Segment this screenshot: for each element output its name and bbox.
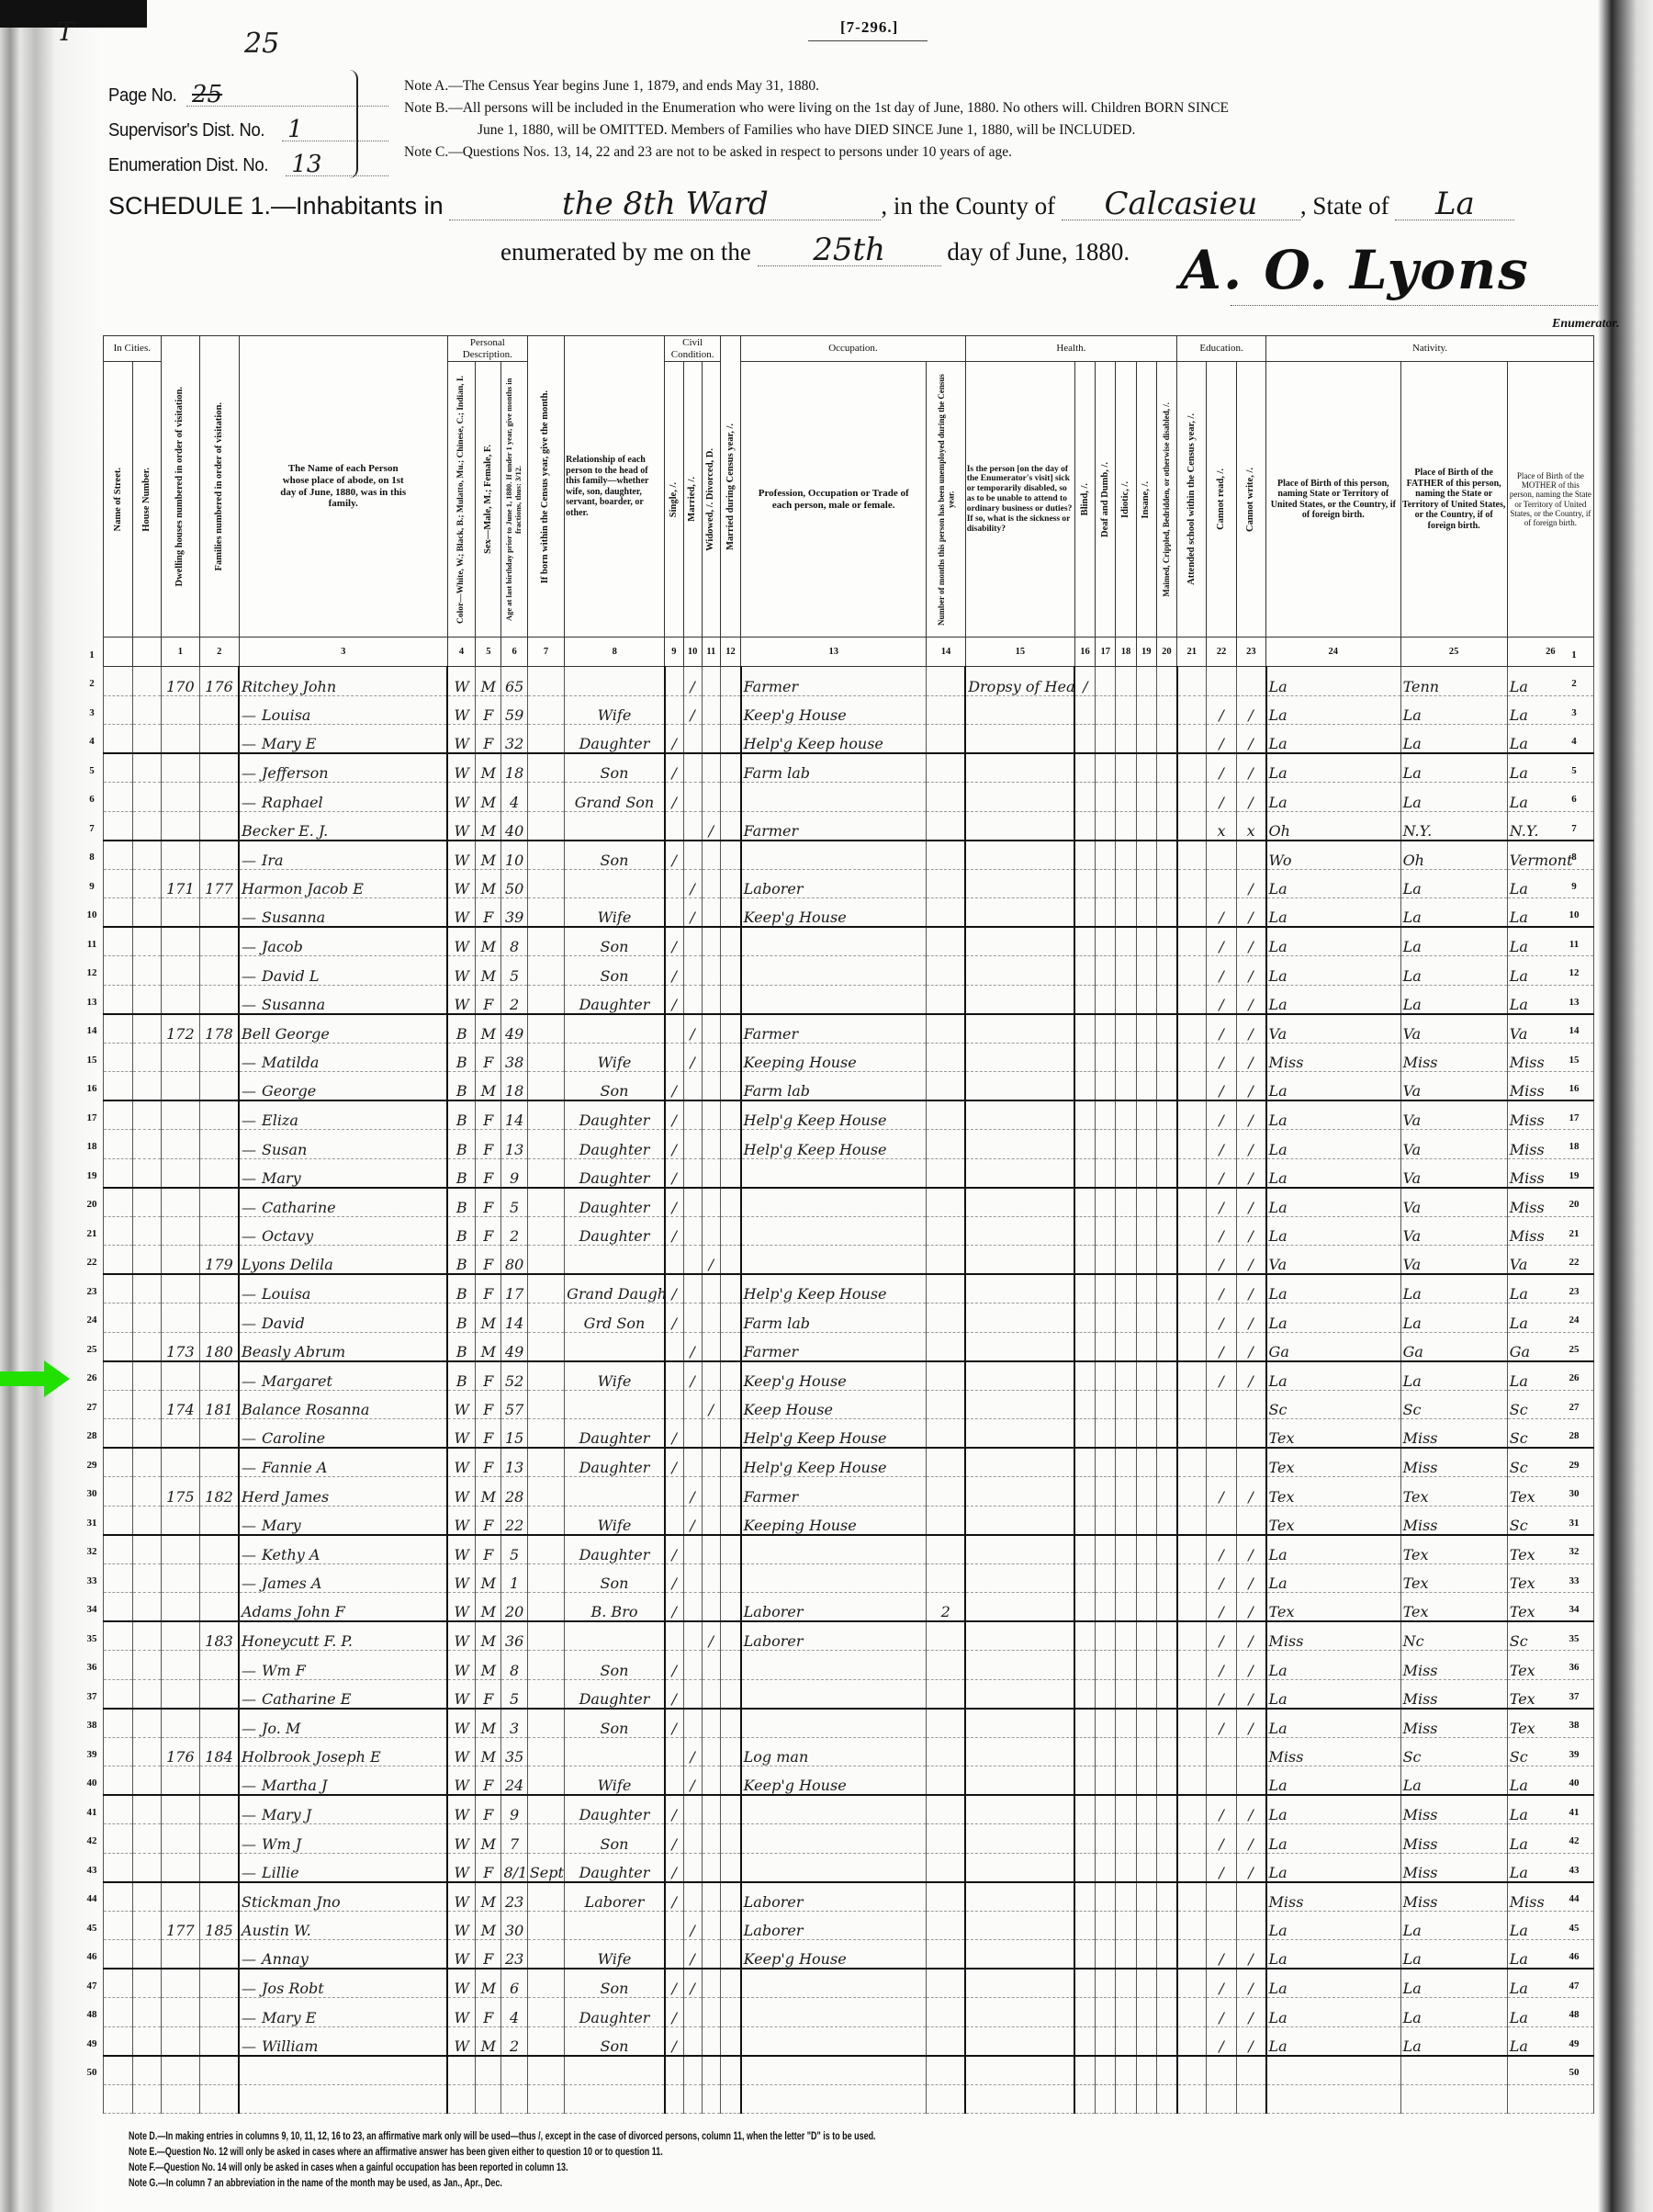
age-cell: 7 <box>501 1824 527 1854</box>
col-17-header: Deaf and Dumb, /. <box>1096 362 1116 638</box>
single-cell: / <box>665 1100 683 1130</box>
street-cell <box>104 841 133 870</box>
occupation-cell <box>741 2056 927 2085</box>
single-cell <box>665 1246 683 1275</box>
col-24-header: Place of Birth of this person, naming St… <box>1266 362 1401 638</box>
blind-cell <box>1074 1448 1095 1477</box>
insane-cell <box>1136 2084 1156 2114</box>
married-cell <box>683 1188 702 1217</box>
row-number-left: 43 <box>81 1856 103 1885</box>
ditto-dash: — <box>242 1690 256 1708</box>
widowed-cell <box>702 1824 720 1854</box>
sex-cell: F <box>476 1998 501 2027</box>
color-cell: W <box>447 1679 475 1709</box>
table-row: 179Lyons DelilaBF80///VaVaVa <box>104 1246 1594 1275</box>
street-cell <box>104 1303 133 1333</box>
row-number-left: 13 <box>81 987 103 1017</box>
birth-month-cell <box>527 1158 564 1188</box>
maimed-cell <box>1156 753 1176 783</box>
row-number-right: 17 <box>1563 1103 1585 1133</box>
single-cell: / <box>665 1072 683 1101</box>
occupation-cell: Laborer <box>741 1621 927 1651</box>
sickness-cell <box>965 811 1074 841</box>
person-name-cell: —Jos Robt <box>239 1969 447 1998</box>
birth-month-cell <box>527 1651 564 1680</box>
dwelling-number-cell: 171 <box>161 869 199 898</box>
married-cell <box>683 1998 702 2027</box>
attended-school-cell <box>1177 1014 1207 1044</box>
sickness-cell <box>965 1477 1074 1507</box>
blind-cell <box>1074 1014 1095 1044</box>
family-number-cell <box>200 1940 239 1969</box>
occupation-cell <box>741 1216 927 1246</box>
col-5-header: Sex—Male, M.; Female, F. <box>476 362 501 638</box>
birth-month-cell <box>527 1130 564 1159</box>
deaf-dumb-cell <box>1096 1535 1116 1564</box>
row-number-right: 31 <box>1563 1508 1585 1538</box>
birth-month-cell <box>527 1535 564 1564</box>
insane-cell <box>1136 753 1156 783</box>
deaf-dumb-cell <box>1096 898 1116 928</box>
row-number-left: 45 <box>81 1913 103 1943</box>
married-census-year-cell <box>720 1188 740 1217</box>
deaf-dumb-cell <box>1096 811 1116 841</box>
married-cell <box>683 1795 702 1824</box>
family-number-cell <box>200 1043 239 1072</box>
idiotic-cell <box>1116 1188 1136 1217</box>
table-row: —Mary EWF4Daughter///LaLaLa <box>104 1998 1594 2027</box>
census-table: In Cities. Dwelling houses numbered in o… <box>103 335 1594 2114</box>
family-number-cell <box>200 1709 239 1738</box>
color-cell <box>447 2084 475 2114</box>
sex-cell: M <box>476 1621 501 1651</box>
attended-school-cell <box>1177 725 1207 754</box>
col-number: 13 <box>741 638 927 667</box>
blind-cell <box>1074 1911 1095 1940</box>
row-number-right: 49 <box>1563 2029 1585 2059</box>
blind-cell <box>1074 753 1095 783</box>
attended-school-cell <box>1177 1651 1207 1680</box>
house-cell <box>133 1274 161 1303</box>
cannot-write-cell: / <box>1236 869 1265 898</box>
widowed-cell <box>702 695 720 725</box>
maimed-cell <box>1156 725 1176 754</box>
dwelling-number-cell <box>161 1593 199 1622</box>
blind-cell <box>1074 1072 1095 1101</box>
insane-cell <box>1136 1216 1156 1246</box>
birth-month-cell <box>527 869 564 898</box>
sex-cell: F <box>476 1390 501 1419</box>
attended-school-cell <box>1177 783 1207 812</box>
ditto-dash: — <box>242 938 256 955</box>
row-number-left: 32 <box>81 1538 103 1567</box>
cannot-read-cell: / <box>1207 1361 1236 1391</box>
dwelling-number-cell <box>161 1448 199 1477</box>
cannot-read-cell: / <box>1207 1679 1236 1709</box>
ditto-dash: — <box>242 1980 256 1997</box>
deaf-dumb-cell <box>1096 783 1116 812</box>
deaf-dumb-cell <box>1096 1709 1116 1738</box>
father-birthplace-cell: La <box>1400 1766 1507 1796</box>
person-name-cell: —Jefferson <box>239 753 447 783</box>
married-cell <box>683 841 702 870</box>
married-cell: / <box>683 1911 702 1940</box>
sickness-cell <box>965 1130 1074 1159</box>
row-number-right: 5 <box>1563 756 1585 785</box>
house-cell <box>133 783 161 812</box>
father-birthplace-cell: Tex <box>1400 1593 1507 1622</box>
occupation-cell <box>741 1563 927 1593</box>
relationship-cell: Wife <box>565 1940 665 1969</box>
person-name-cell: Stickman Jno <box>239 1882 447 1912</box>
form-number-rule <box>808 40 928 41</box>
age-cell: 17 <box>501 1274 527 1303</box>
person-name-cell: —Octavy <box>239 1216 447 1246</box>
group-header-row: In Cities. Dwelling houses numbered in o… <box>104 336 1594 362</box>
married-cell <box>683 1419 702 1449</box>
color-cell: B <box>447 1216 475 1246</box>
col-number: 16 <box>1074 638 1095 667</box>
birthplace-cell: La <box>1266 753 1401 783</box>
col-number: 15 <box>965 638 1074 667</box>
single-cell <box>665 1477 683 1507</box>
birthplace-cell: Miss <box>1266 1737 1401 1766</box>
blind-cell <box>1074 1709 1095 1738</box>
col-number: 10 <box>683 638 702 667</box>
deaf-dumb-cell <box>1096 1448 1116 1477</box>
birthplace-cell: Ga <box>1266 1332 1401 1361</box>
married-census-year-cell <box>720 1737 740 1766</box>
relationship-cell: Daughter <box>565 1130 665 1159</box>
attended-school-cell <box>1177 1332 1207 1361</box>
note-d: Note D.—In making entries in columns 9, … <box>129 2129 876 2145</box>
person-name-cell: Beasly Abrum <box>239 1332 447 1361</box>
attended-school-cell <box>1177 1969 1207 1998</box>
family-number-cell <box>200 1563 239 1593</box>
cannot-write-cell: / <box>1236 1014 1265 1044</box>
sex-cell: M <box>476 1709 501 1738</box>
insane-cell <box>1136 1361 1156 1391</box>
cannot-read-cell <box>1207 1882 1236 1912</box>
father-birthplace-cell: Va <box>1400 1246 1507 1275</box>
birth-month-cell <box>527 1679 564 1709</box>
maimed-cell <box>1156 1563 1176 1593</box>
enumerator-label: Enumerator. <box>1552 317 1620 332</box>
col-number: 14 <box>927 638 965 667</box>
cannot-read-cell: / <box>1207 725 1236 754</box>
idiotic-cell <box>1116 898 1136 928</box>
table-row: —Jos RobtWM6Son////LaLaLa <box>104 1969 1594 1998</box>
single-cell: / <box>665 985 683 1014</box>
married-census-year-cell <box>720 1911 740 1940</box>
row-number-right: 12 <box>1563 959 1585 988</box>
table-row: —MaryWF22Wife/Keeping HouseTexMissSc <box>104 1506 1594 1535</box>
married-cell <box>683 2084 702 2114</box>
birthplace-cell: La <box>1266 1795 1401 1824</box>
col-13-header: Profession, Occupation or Trade of each … <box>741 362 927 638</box>
married-census-year-cell <box>720 1824 740 1854</box>
birth-month-cell <box>527 1737 564 1766</box>
family-number-cell <box>200 2056 239 2085</box>
idiotic-cell <box>1116 2084 1136 2114</box>
father-birthplace-cell: Va <box>1400 1072 1507 1101</box>
maimed-cell <box>1156 841 1176 870</box>
street-cell <box>104 1709 133 1738</box>
maimed-cell <box>1156 1853 1176 1882</box>
row-number-left: 42 <box>81 1827 103 1856</box>
occupation-cell: Keep House <box>741 1390 927 1419</box>
birthplace-cell: Miss <box>1266 1043 1401 1072</box>
occupation-cell: Laborer <box>741 1911 927 1940</box>
cannot-read-cell: x <box>1207 811 1236 841</box>
widowed-cell <box>702 1940 720 1969</box>
cannot-write-cell: / <box>1236 1853 1265 1882</box>
cannot-read-cell: / <box>1207 985 1236 1014</box>
single-cell: / <box>665 927 683 956</box>
cannot-write-cell: / <box>1236 927 1265 956</box>
sex-cell: F <box>476 1419 501 1449</box>
idiotic-cell <box>1116 927 1136 956</box>
occupation-cell: Help'g Keep House <box>741 1419 927 1449</box>
attended-school-cell <box>1177 1216 1207 1246</box>
married-cell <box>683 1100 702 1130</box>
sickness-cell <box>965 1303 1074 1333</box>
family-number-cell <box>200 695 239 725</box>
table-row: —OctavyBF2Daughter///LaVaMiss <box>104 1216 1594 1246</box>
row-number-left: 3 <box>81 698 103 728</box>
person-name-cell: Adams John F <box>239 1593 447 1622</box>
single-cell: / <box>665 1188 683 1217</box>
idiotic-cell <box>1116 1969 1136 1998</box>
table-row: —ElizaBF14Daughter/Help'g Keep House//La… <box>104 1100 1594 1130</box>
attended-school-cell <box>1177 898 1207 928</box>
birth-month-cell <box>527 1303 564 1333</box>
street-cell <box>104 985 133 1014</box>
birth-month-cell <box>527 985 564 1014</box>
row-number-left: 47 <box>81 1971 103 2001</box>
person-name: George <box>262 1082 316 1100</box>
single-cell <box>665 898 683 928</box>
person-name-cell: —Jacob <box>239 927 447 956</box>
maimed-cell <box>1156 783 1176 812</box>
cannot-read-cell <box>1207 841 1236 870</box>
occupation-cell: Keep'g House <box>741 1940 927 1969</box>
dwelling-number-cell: 175 <box>161 1477 199 1507</box>
attended-school-cell <box>1177 1853 1207 1882</box>
birthplace-cell: La <box>1266 1651 1401 1680</box>
attended-school-cell <box>1177 1448 1207 1477</box>
dwelling-number-cell <box>161 1419 199 1449</box>
maimed-cell <box>1156 1506 1176 1535</box>
family-number-cell <box>200 1766 239 1796</box>
person-name: Susanna <box>262 996 325 1013</box>
blind-cell <box>1074 1795 1095 1824</box>
relationship-cell: Son <box>565 1072 665 1101</box>
sickness-cell <box>965 1651 1074 1680</box>
single-cell: / <box>665 783 683 812</box>
cannot-write-cell: / <box>1236 1824 1265 1854</box>
months-unemployed-cell <box>927 1651 965 1680</box>
occupation-cell <box>741 2026 927 2056</box>
blind-cell <box>1074 985 1095 1014</box>
col-19-header: Insane, /. <box>1136 362 1156 638</box>
widowed-cell <box>702 898 720 928</box>
birthplace-cell: La <box>1266 667 1401 696</box>
dwelling-number-cell <box>161 1709 199 1738</box>
family-number-cell <box>200 1795 239 1824</box>
cannot-write-cell: / <box>1236 956 1265 986</box>
occupation-cell: Farmer <box>741 1332 927 1361</box>
cannot-read-cell: / <box>1207 1100 1236 1130</box>
cannot-read-cell: / <box>1207 1795 1236 1824</box>
ditto-dash: — <box>242 1720 256 1737</box>
birth-month-cell <box>527 725 564 754</box>
occupation-cell: Help'g Keep House <box>741 1448 927 1477</box>
months-unemployed-cell <box>927 811 965 841</box>
table-row: —SusannaWF2Daughter///LaLaLa <box>104 985 1594 1014</box>
blind-cell <box>1074 1824 1095 1854</box>
house-cell <box>133 1158 161 1188</box>
cannot-read-cell: / <box>1207 1014 1236 1044</box>
person-name: David L <box>262 967 319 985</box>
attended-school-cell <box>1177 1795 1207 1824</box>
table-row: Adams John FWM20B. Bro/Laborer2//TexTexT… <box>104 1593 1594 1622</box>
age-cell: 49 <box>501 1332 527 1361</box>
widowed-cell <box>702 927 720 956</box>
deaf-dumb-cell <box>1096 1216 1116 1246</box>
occupation-cell <box>741 1969 927 1998</box>
widowed-cell <box>702 753 720 783</box>
table-row: —CarolineWF15Daughter/Help'g Keep HouseT… <box>104 1419 1594 1449</box>
married-cell <box>683 1709 702 1738</box>
months-unemployed-cell <box>927 1043 965 1072</box>
sex-cell: M <box>476 1969 501 1998</box>
enumeration-date-line: enumerated by me on the 25th day of June… <box>500 234 1130 266</box>
deaf-dumb-cell <box>1096 1969 1116 1998</box>
col-15-header: Is the person [on the day of the Enumera… <box>965 362 1074 638</box>
signature-line <box>1231 305 1598 306</box>
birth-month-cell <box>527 1563 564 1593</box>
single-cell: / <box>665 1969 683 1998</box>
row-number-left: 6 <box>81 785 103 815</box>
idiotic-cell <box>1116 695 1136 725</box>
house-cell <box>133 1969 161 1998</box>
months-unemployed-cell <box>927 869 965 898</box>
enumeration-district-row: Enumeration Dist. No. 13 <box>108 141 388 176</box>
blind-cell <box>1074 1563 1095 1593</box>
birth-month-cell <box>527 1246 564 1275</box>
blind-cell <box>1074 1130 1095 1159</box>
note-b: Note B.—All persons will be included in … <box>404 97 1229 119</box>
maimed-cell <box>1156 1651 1176 1680</box>
table-row: —RaphaelWM4Grand Son///LaLaLa <box>104 783 1594 812</box>
cannot-write-cell <box>1236 1448 1265 1477</box>
attended-school-cell <box>1177 1361 1207 1391</box>
note-g: Note G.—In column 7 an abbreviation in t… <box>129 2176 876 2192</box>
age-cell: 65 <box>501 667 527 696</box>
attended-school-cell <box>1177 841 1207 870</box>
street-cell <box>104 1621 133 1651</box>
months-unemployed-cell <box>927 2056 965 2085</box>
street-cell <box>104 1766 133 1796</box>
birthplace-cell: La <box>1266 985 1401 1014</box>
idiotic-cell <box>1116 725 1136 754</box>
ditto-dash: — <box>242 1199 256 1216</box>
person-name: William <box>262 2037 318 2055</box>
person-name: Kethy A <box>262 1546 320 1563</box>
row-number-left: 33 <box>81 1566 103 1596</box>
street-cell <box>104 1043 133 1072</box>
birthplace-cell: La <box>1266 1158 1401 1188</box>
col-4-header: Color—White, W.; Black, B.; Mulatto, Mu.… <box>447 362 475 638</box>
table-row: —LillieWF8/12SeptDaughter///LaMissLa <box>104 1853 1594 1882</box>
insane-cell <box>1136 725 1156 754</box>
age-cell: 1 <box>501 1563 527 1593</box>
relationship-cell: B. Bro <box>565 1593 665 1622</box>
row-number-left: 49 <box>81 2029 103 2059</box>
blind-cell <box>1074 1246 1095 1275</box>
father-birthplace-cell: Va <box>1400 1014 1507 1044</box>
age-cell: 50 <box>501 869 527 898</box>
sex-cell: M <box>476 869 501 898</box>
age-cell: 14 <box>501 1303 527 1333</box>
person-name: Mary <box>262 1169 301 1187</box>
idiotic-cell <box>1116 1216 1136 1246</box>
sex-cell: F <box>476 1535 501 1564</box>
person-name-cell: Ritchey John <box>239 667 447 696</box>
months-unemployed-cell <box>927 1506 965 1535</box>
maimed-cell <box>1156 1911 1176 1940</box>
col-1-header: Dwelling houses numbered in order of vis… <box>161 336 199 638</box>
months-unemployed-cell <box>927 1766 965 1796</box>
row-number-left: 40 <box>81 1769 103 1799</box>
maimed-cell <box>1156 1361 1176 1391</box>
married-census-year-cell <box>720 1795 740 1824</box>
age-cell: 3 <box>501 1709 527 1738</box>
insane-cell <box>1136 667 1156 696</box>
table-row: —DavidBM14Grd Son/Farm lab//LaLaLa <box>104 1303 1594 1333</box>
row-number-left: 1 <box>81 640 103 670</box>
idiotic-cell <box>1116 1274 1136 1303</box>
row-number-left: 44 <box>81 1885 103 1914</box>
house-cell <box>133 1737 161 1766</box>
age-cell: 6 <box>501 1969 527 1998</box>
house-cell <box>133 1679 161 1709</box>
table-row: 173180Beasly AbrumBM49/Farmer//GaGaGa <box>104 1332 1594 1361</box>
maimed-cell <box>1156 1246 1176 1275</box>
married-cell <box>683 1679 702 1709</box>
birthplace-cell: La <box>1266 1709 1401 1738</box>
blind-cell <box>1074 811 1095 841</box>
blind-cell <box>1074 841 1095 870</box>
married-census-year-cell <box>720 1158 740 1188</box>
maimed-cell <box>1156 956 1176 986</box>
widowed-cell: / <box>702 1390 720 1419</box>
blind-cell <box>1074 1043 1095 1072</box>
age-cell: 10 <box>501 841 527 870</box>
relationship-cell: Wife <box>565 1506 665 1535</box>
idiotic-cell <box>1116 1998 1136 2027</box>
street-cell <box>104 1274 133 1303</box>
sickness-cell <box>965 927 1074 956</box>
person-name: Jefferson <box>262 764 328 782</box>
cannot-read-cell: / <box>1207 1072 1236 1101</box>
birthplace-cell: Oh <box>1266 811 1401 841</box>
single-cell <box>665 1766 683 1796</box>
row-number-left: 2 <box>81 670 103 699</box>
married-census-year-cell <box>720 1246 740 1275</box>
cannot-write-cell: / <box>1236 985 1265 1014</box>
